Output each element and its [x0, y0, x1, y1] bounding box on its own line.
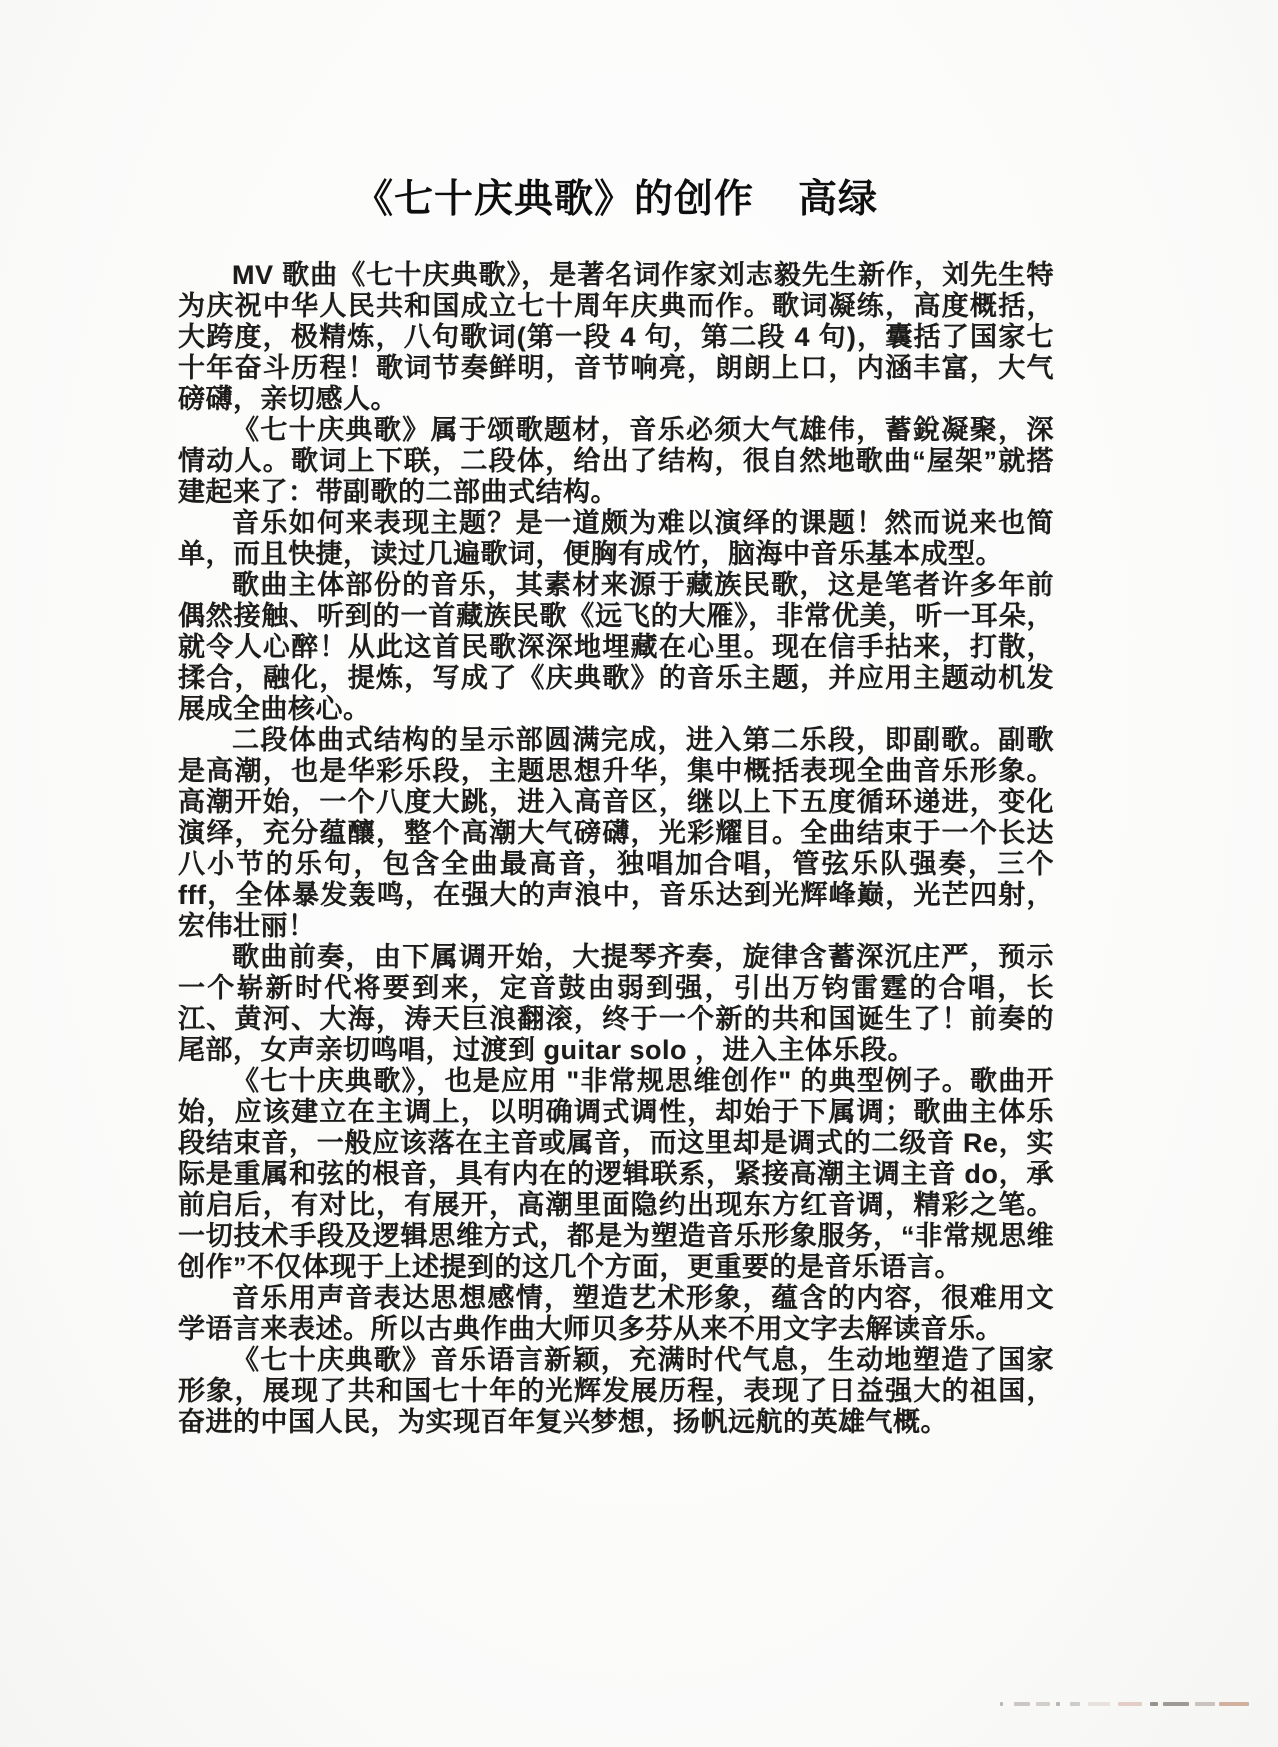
paragraph: 二段体曲式结构的呈示部圆满完成，进入第二乐段，即副歌。副歌是高潮，也是华彩乐段，…: [178, 725, 1054, 942]
document-page: 《七十庆典歌》的创作高绿 MV 歌曲《七十庆典歌》，是著名词作家刘志毅先生新作，…: [0, 0, 1278, 1747]
paragraph: 歌曲前奏，由下属调开始，大提琴齐奏，旋律含蓄深沉庄严，预示一个崭新时代将要到来，…: [178, 942, 1054, 1066]
article-title: 《七十庆典歌》的创作: [354, 178, 754, 221]
paragraph: 《七十庆典歌》音乐语言新颖，充满时代气息，生动地塑造了国家形象，展现了共和国七十…: [178, 1345, 1054, 1438]
paragraph: 《七十庆典歌》，也是应用 "非常规思维创作" 的典型例子。歌曲开始，应该建立在主…: [178, 1066, 1054, 1283]
paragraph: 《七十庆典歌》属于颂歌题材，音乐必须大气雄伟，蓄銳凝聚，深情动人。歌词上下联，二…: [178, 415, 1054, 508]
paragraph: 歌曲主体部份的音乐，其素材来源于藏族民歌，这是笔者许多年前偶然接触、听到的一首藏…: [178, 570, 1054, 725]
page-title: 《七十庆典歌》的创作高绿: [178, 168, 1054, 224]
article-author: 高绿: [798, 168, 878, 224]
paragraph: MV 歌曲《七十庆典歌》，是著名词作家刘志毅先生新作，刘先生特为庆祝中华人民共和…: [178, 260, 1054, 415]
paragraph: 音乐如何来表现主题？是一道颇为难以演绎的课题！然而说来也简单，而且快捷，读过几遍…: [178, 508, 1054, 570]
article-body: MV 歌曲《七十庆典歌》，是著名词作家刘志毅先生新作，刘先生特为庆祝中华人民共和…: [178, 260, 1054, 1438]
paragraph: 音乐用声音表达思想感情，塑造艺术形象，蕴含的内容，很难用文学语言来表述。所以古典…: [178, 1283, 1054, 1345]
bottom-watermark-fragment: [1000, 1697, 1230, 1711]
article: 《七十庆典歌》的创作高绿 MV 歌曲《七十庆典歌》，是著名词作家刘志毅先生新作，…: [178, 168, 1054, 1438]
